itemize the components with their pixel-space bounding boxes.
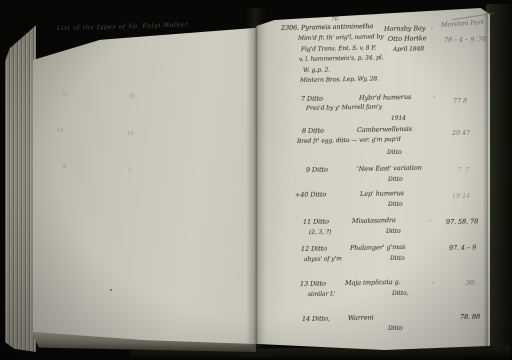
- entry-line: Hybr'd humerus: [359, 94, 411, 102]
- accession-number: 78. 88: [460, 314, 480, 321]
- pencil-mark: 1h: [57, 129, 64, 135]
- accession-number: 77 8: [453, 98, 467, 105]
- left-page-header: List of the types of Sp. Fulgi Walker.: [57, 22, 190, 32]
- entry-line: Ditto: [388, 177, 403, 183]
- tick-mark: ’: [433, 96, 435, 103]
- entry-line: v. l. hammerstein's, p. 34. pl.: [299, 55, 384, 63]
- entry-number: 14 Ditto,: [302, 315, 330, 322]
- entry-line: Bred fr' egg, ditto — var. g'm pup'd: [297, 137, 401, 145]
- entry-number: 7 Ditto: [301, 96, 323, 103]
- entry-line: Camberwellensis: [357, 126, 412, 134]
- pencil-mark: 1.: [128, 169, 133, 175]
- accession-number: 20 47: [452, 130, 470, 137]
- handwriting-layer: List of the types of Sp. Fulgi Walker. 7…: [0, 0, 512, 360]
- entry-line: Phalanger' g'mas: [350, 244, 405, 252]
- entry-number: +40 Ditto: [295, 191, 326, 198]
- entry-line: (2, 3, ?): [309, 230, 331, 236]
- accession-number: 97. 58. 78: [446, 218, 478, 225]
- accession-number: 30.: [466, 280, 476, 287]
- entry-number: 9 Ditto: [306, 167, 328, 174]
- accession-number: 97. 4 – 9: [449, 244, 476, 251]
- tick-mark: ’: [429, 220, 431, 227]
- pencil-mark: 1b: [127, 132, 134, 138]
- pencil-mark: 7a: [62, 93, 69, 99]
- entry-line: April 1848: [393, 46, 424, 53]
- entry-line: Fig'd Trans. Ent. S. v. 8 P.: [301, 45, 376, 53]
- accession-number: 7. 7: [457, 167, 469, 174]
- accession-number: 78 – 4 – 9. 70: [444, 36, 486, 43]
- entry-line: similar L': [308, 291, 336, 298]
- tick-mark: ’: [432, 282, 434, 289]
- entry-line: abyss' of y'm: [304, 256, 342, 263]
- entry-line: Ditto: [388, 326, 403, 332]
- entry-line: Moreton Part: [441, 19, 484, 28]
- entry-line: Misatasandra: [352, 217, 396, 224]
- entry-number: 11 Ditto: [303, 218, 329, 225]
- ledger-book-photo: List of the types of Sp. Fulgi Walker. 7…: [0, 0, 512, 360]
- entry-line: Ditto: [386, 229, 401, 235]
- entry-number: 13 Ditto: [300, 280, 326, 287]
- pencil-mark: 8: [63, 165, 67, 171]
- entry-line: Ditto: [387, 150, 402, 156]
- entry-line: 2306. Pyrameis antimimetha: [281, 23, 373, 31]
- entry-line: Mim'd fr. th' orig'l, named by: [298, 34, 384, 42]
- tick-mark: ’: [431, 27, 433, 34]
- entry-line: Ditto: [390, 256, 405, 262]
- entry-line: Maja implicata g.: [345, 279, 401, 287]
- entry-line: Ditto,: [392, 291, 409, 297]
- pencil-mark: 7b: [128, 95, 135, 101]
- entry-number: 12 Ditto: [301, 245, 327, 252]
- entry-line: Ditto: [388, 202, 403, 208]
- entry-line: 'New East' variation: [357, 165, 422, 173]
- entry-line: W. g.p. 2.: [303, 67, 330, 74]
- accession-number: 19 14: [452, 193, 470, 200]
- entry-line: Mintern Bros. Lep. Wy. 28.: [300, 76, 379, 84]
- entry-line: Hornsby Bay: [384, 25, 425, 32]
- entry-line: Lep' humerus: [360, 190, 404, 197]
- entry-line: 1914: [391, 116, 406, 122]
- entry-line: Otto Hartke: [388, 35, 427, 42]
- entry-line: Pres'd by y' Murrell fam'y: [306, 104, 382, 112]
- entry-number: 8 Ditto: [302, 128, 324, 135]
- entry-line: Warreni: [348, 314, 374, 321]
